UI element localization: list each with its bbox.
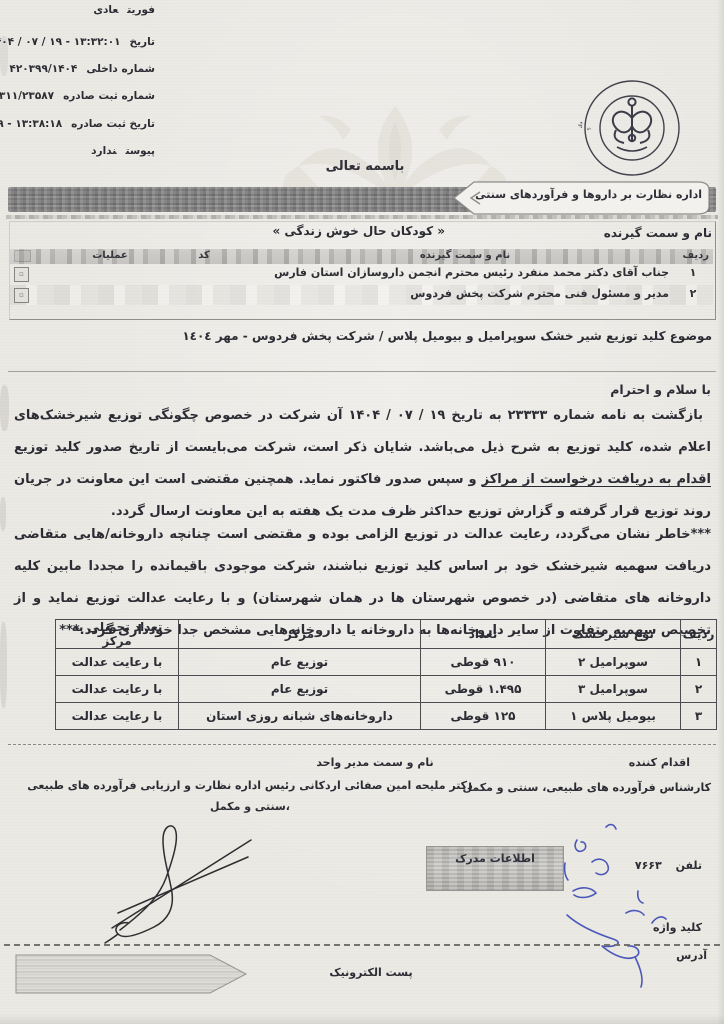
metadata-panel: فوریتعادی تاریخ۱۳:۳۲:۰۱ - ۱۹ / ۰۷ / ۱۴۰۴…: [154, 0, 155, 170]
scan-smudge: [0, 497, 6, 531]
meta-label: تاریخ: [130, 36, 155, 48]
cell-quantity: ۱.۴۹۵ قوطی: [421, 676, 546, 703]
basmala-text: باسمه تعالی: [305, 159, 425, 174]
striped-divider: [6, 215, 718, 219]
header-operations: عملیات: [80, 250, 140, 261]
department-banner-label: اداره نظارت بر داروها و فرآوردهای سنتی: [482, 188, 702, 201]
cell-delivered: با رعایت عدالت: [56, 676, 179, 703]
col-header-milk-type: نوع شیرخشک: [546, 620, 681, 649]
meta-value: ۴۲۰۳۹۹/۱۴۰۴: [9, 63, 77, 75]
cell-milk-type: بیومیل پلاس ۱: [546, 703, 681, 730]
logo-top-arc-text: دانشگاه علوم پزشکی و خدمات بهداشتی درمان…: [570, 68, 584, 129]
meta-value: عادی: [93, 4, 118, 16]
blue-ink-annotation: [540, 815, 700, 1000]
scanned-letter-page: فوریتعادی تاریخ۱۳:۳۲:۰۱ - ۱۹ / ۰۷ / ۱۴۰۴…: [0, 0, 724, 1024]
cell-quantity: ۹۱۰ قوطی: [421, 649, 546, 676]
meta-value: ۱۳:۳۸:۱۸ - ۱۹ / ۰۷ / ۱۴۰۴: [0, 118, 62, 130]
header-corner-chip: [14, 250, 31, 262]
cell-center: داروخانه‌های شبانه روزی استان: [179, 703, 421, 730]
meta-row-priority: فوریتعادی: [93, 4, 155, 16]
meta-row-attachment: پیوستندارد: [91, 145, 155, 157]
manager-label: نام و سمت مدیر واحد: [300, 756, 450, 769]
recipients-section-label: نام و سمت گیرنده: [604, 226, 712, 240]
email-label: پست الکترونیک: [311, 966, 431, 979]
medical-emblem-icon: [613, 98, 651, 151]
svg-text:SHIRAZ UNIVERSITY OF MEDICAL S: SHIRAZ UNIVERSITY OF MEDICAL SCIENCES: [570, 68, 591, 131]
meta-row-issue-number: شماره ثبت صادره۹/۳۱۱/۲۳۵۸۷/پ/۱۴۰۴/ص: [0, 90, 155, 102]
scan-edge-shadow: [717, 0, 724, 1024]
address-ribbon: [14, 953, 250, 995]
cell-milk-type: سوپرامیل ۳: [546, 676, 681, 703]
meta-value: ۱۳:۳۲:۰۱ - ۱۹ / ۰۷ / ۱۴۰۴: [0, 36, 121, 48]
cell-delivered: با رعایت عدالت: [56, 703, 179, 730]
col-header-center: مرکز: [179, 620, 421, 649]
university-seal-icon: دانشگاه علوم پزشکی و خدمات بهداشتی درمان…: [570, 68, 695, 190]
greeting-line: با سلام و احترام: [610, 382, 711, 397]
row-action-icon[interactable]: ▫: [14, 288, 29, 303]
meta-label: شماره داخلی: [86, 63, 155, 75]
cell-delivered: با رعایت عدالت: [56, 649, 179, 676]
table-row: ۱ سوپرامیل ۲ ۹۱۰ قوطی توزیع عام با رعایت…: [56, 649, 717, 676]
cell-row-number: ۱: [681, 649, 717, 676]
meta-value: ندارد: [91, 145, 116, 157]
table-header-row: ردیف نوع شیرخشک تعداد مرکز تعداد تحویلی …: [56, 620, 717, 649]
cell-center: توزیع عام: [179, 649, 421, 676]
recipient-row: ۱ جناب آقای دکتر محمد منفرد رئیس محترم ا…: [10, 264, 713, 284]
meta-row-date: تاریخ۱۳:۳۲:۰۱ - ۱۹ / ۰۷ / ۱۴۰۴: [0, 36, 155, 48]
recipient-name: مدیر و مسئول فنی محترم شرکت پخش فردوس: [410, 287, 669, 300]
dotted-divider: [4, 944, 720, 946]
distribution-table: ردیف نوع شیرخشک تعداد مرکز تعداد تحویلی …: [55, 619, 717, 730]
body-paragraph-1: بازگشت به نامه شماره ۲۳۳۳۳ به تاریخ ۱۹ /…: [14, 400, 711, 528]
paragraph-text: بازگشت به نامه شماره ۲۳۳۳۳ به تاریخ ۱۹ /…: [14, 408, 711, 455]
cell-milk-type: سوپرامیل ۲: [546, 649, 681, 676]
header-recipient-name: نام و سمت گیرنده: [380, 250, 550, 261]
recipient-row-number: ۱: [681, 266, 705, 279]
scan-smudge: [0, 385, 9, 431]
header-code: کد: [184, 250, 224, 261]
underlined-phrase: اقدام به دریافت درخواست از مراکز: [482, 472, 711, 487]
recipient-row-number: ۲: [681, 287, 705, 300]
subject-line: موضوع کلید توزیع شیر خشک سوپرامیل و بیوم…: [182, 329, 712, 343]
logo-bottom-arc-text: SHIRAZ UNIVERSITY OF MEDICAL SCIENCES: [570, 68, 591, 131]
actor-title: کارشناس فرآورده های طبیعی، سنتی و مکمل: [463, 781, 711, 794]
col-header-quantity: تعداد: [421, 620, 546, 649]
address-label: آدرس: [676, 949, 707, 962]
table-row: ۳ بیومیل پلاس ۱ ۱۲۵ قوطی داروخانه‌های شب…: [56, 703, 717, 730]
row-action-icon[interactable]: ▫: [14, 267, 29, 282]
cell-row-number: ۳: [681, 703, 717, 730]
meta-label: فوریت: [127, 4, 155, 16]
meta-value: ۹/۳۱۱/۲۳۵۸۷/پ/۱۴۰۴/ص: [0, 90, 54, 102]
cell-row-number: ۲: [681, 676, 717, 703]
horizontal-divider: [8, 371, 716, 372]
department-banner-pennant: اداره نظارت بر داروها و فرآوردهای سنتی: [448, 179, 716, 217]
campaign-slogan: « کودکان حال خوش زندگی »: [285, 224, 445, 238]
recipient-row: ۲ مدیر و مسئول فنی محترم شرکت پخش فردوس …: [10, 285, 713, 305]
meta-label: شماره ثبت صادره: [63, 90, 155, 102]
header-row-number: ردیف: [682, 250, 709, 261]
table-row: ۲ سوپرامیل ۳ ۱.۴۹۵ قوطی توزیع عام با رعا…: [56, 676, 717, 703]
recipient-name: جناب آقای دکتر محمد منفرد رئیس محترم انج…: [274, 266, 669, 279]
col-header-delivered: تعداد تحویلی به مرکز: [56, 620, 179, 649]
recipients-table-header: ردیف نام و سمت گیرنده کد عملیات: [10, 249, 713, 264]
meta-row-internal-number: شماره داخلی۴۲۰۳۹۹/۱۴۰۴: [9, 63, 155, 75]
scan-edge-shadow: [0, 1014, 724, 1024]
cell-quantity: ۱۲۵ قوطی: [421, 703, 546, 730]
svg-text:دانشگاه علوم پزشکی و خدمات بهد: دانشگاه علوم پزشکی و خدمات بهداشتی درمان…: [570, 68, 584, 129]
dashed-divider: [8, 744, 716, 745]
scan-smudge: [0, 622, 7, 708]
col-header-row-number: ردیف: [681, 620, 717, 649]
meta-row-issue-date: تاریخ ثبت صادره۱۳:۳۸:۱۸ - ۱۹ / ۰۷ / ۱۴۰۴: [0, 118, 155, 130]
cell-center: توزیع عام: [179, 676, 421, 703]
actor-label: اقدام کننده: [629, 756, 690, 769]
university-seal-logo: دانشگاه علوم پزشکی و خدمات بهداشتی درمان…: [570, 68, 695, 190]
meta-label: تاریخ ثبت صادره: [71, 118, 155, 130]
meta-label: پیوست: [126, 145, 155, 157]
handwritten-signature: [95, 805, 265, 950]
